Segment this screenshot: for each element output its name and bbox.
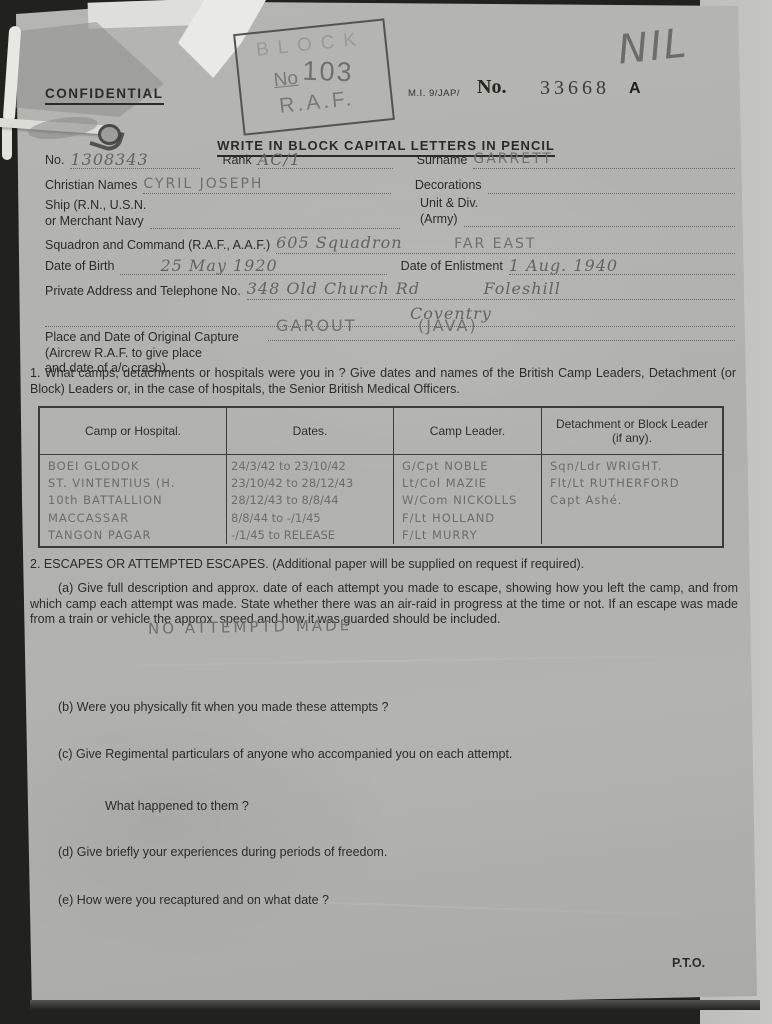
capture-label-line2: (Aircrew R.A.F. to give place	[45, 346, 265, 362]
surname-field-label: Surname	[417, 153, 468, 169]
surname-field-value: GARRETT	[473, 152, 735, 169]
camp-leader-column: G/Cpt NOBLE Lt/Col MAZIE W/Com NICKOLLS …	[394, 455, 542, 544]
ship-label-line1: Ship (R.N., U.S.N.	[45, 198, 400, 214]
camp-leader-entry: G/Cpt NOBLE	[402, 458, 537, 475]
decorations-value	[488, 193, 735, 194]
paper-bottom-shadow	[30, 1000, 760, 1010]
dates-entry: -/1/45 to RELEASE	[231, 527, 389, 544]
header-camp-leader: Camp Leader.	[394, 408, 542, 454]
date-of-enlistment-value: 1 Aug. 1940	[509, 258, 735, 275]
dates-entry: 23/10/42 to 28/12/43	[231, 475, 389, 492]
camps-column: BOEI GLODOK ST. VINTENTIUS (H. 10th BATT…	[40, 455, 227, 544]
camps-table-body: BOEI GLODOK ST. VINTENTIUS (H. 10th BATT…	[40, 455, 722, 544]
block-number-stamp: BLOCK No 103 R.A.F.	[233, 18, 395, 135]
question-2d: (d) Give briefly your experiences during…	[58, 845, 718, 861]
block-leader-column: Sqn/Ldr WRIGHT. Flt/Lt RUTHERFORD Capt A…	[542, 455, 722, 544]
date-of-birth-value: 25 May 1920	[120, 258, 386, 275]
capture-region-value: (JAVA)	[418, 316, 478, 335]
dates-entry: 24/3/42 to 23/10/42	[231, 458, 389, 475]
camp-leader-entry: F/Lt HOLLAND	[402, 510, 537, 527]
squadron-command-value: FAR EAST	[454, 236, 536, 252]
header-dates: Dates.	[227, 408, 394, 454]
question-2a-answer: NO ATTEMPTD MADE	[148, 616, 352, 638]
confidential-marking: CONFIDENTIAL	[45, 86, 164, 105]
camp-leader-entry: W/Com NICKOLLS	[402, 492, 537, 509]
date-of-enlistment-label: Date of Enlistment	[401, 259, 503, 275]
stamp-no-label: No	[273, 68, 299, 91]
unit-field: Unit & Div. (Army)	[420, 196, 735, 227]
camps-table-header: Camp or Hospital. Dates. Camp Leader. De…	[40, 408, 722, 455]
capture-label-line1: Place and Date of Original Capture	[45, 330, 265, 346]
christian-names-value: CYRIL JOSEPH	[143, 177, 390, 194]
question-2c-followup: What happened to them ?	[105, 799, 605, 815]
question-1: 1. What camps, detachments or hospitals …	[30, 366, 736, 397]
camps-table: Camp or Hospital. Dates. Camp Leader. De…	[38, 406, 724, 548]
question-2-heading: 2. ESCAPES OR ATTEMPTED ESCAPES. (Additi…	[30, 557, 736, 573]
dates-column: 24/3/42 to 23/10/42 23/10/42 to 28/12/43…	[227, 455, 394, 544]
file-no-label: No.	[477, 76, 506, 99]
decorations-label: Decorations	[415, 178, 482, 194]
file-letter: A	[629, 80, 641, 98]
camp-entry: BOEI GLODOK	[48, 458, 222, 475]
field-row-2: Christian Names CYRIL JOSEPH Decorations	[45, 177, 735, 194]
camp-leader-entry: F/Lt MURRY	[402, 527, 537, 544]
unit-label-line2: (Army)	[420, 212, 458, 228]
file-reference: M.I. 9/JAP/	[408, 88, 460, 99]
question-2c: (c) Give Regimental particulars of anyon…	[58, 747, 718, 763]
squadron-value-script: 605 Squadron	[276, 233, 403, 252]
camp-entry: TANGON PAGAR	[48, 527, 222, 544]
camp-entry: 10th BATTALLION	[48, 492, 222, 509]
rank-field-label: Rank	[222, 153, 251, 169]
address-street: 348 Old Church Rd	[247, 279, 420, 298]
field-row-1: No. 1308343 Rank AC/1 Surname GARRETT	[45, 152, 735, 169]
address-row: Private Address and Telephone No. 348 Ol…	[45, 281, 735, 300]
squadron-value: 605 Squadron FAR EAST	[276, 235, 735, 254]
block-leader-entry: Flt/Lt RUTHERFORD	[550, 475, 718, 492]
question-2e: (e) How were you recaptured and on what …	[58, 893, 718, 909]
address-label: Private Address and Telephone No.	[45, 284, 241, 300]
block-leader-entry: Capt Ashé.	[550, 492, 718, 509]
stamp-no-value: 103	[302, 56, 354, 89]
unit-value	[464, 226, 736, 227]
camp-entry: ST. VINTENTIUS (H.	[48, 475, 222, 492]
address-value-line1: 348 Old Church Rd Foleshill	[247, 281, 735, 300]
camp-leader-entry: Lt/Col MAZIE	[402, 475, 537, 492]
date-of-birth-label: Date of Birth	[45, 259, 114, 275]
question-2a: (a) Give full description and approx. da…	[30, 581, 738, 628]
block-leader-entry: Sqn/Ldr WRIGHT.	[550, 458, 718, 475]
ship-label-line2: or Merchant Navy	[45, 214, 144, 230]
dates-entry: 28/12/43 to 8/8/44	[231, 492, 389, 509]
pto-marking: P.T.O.	[672, 956, 705, 972]
header-camp-or-hospital: Camp or Hospital.	[40, 408, 227, 454]
dates-row: Date of Birth 25 May 1920 Date of Enlist…	[45, 258, 735, 275]
ship-field: Ship (R.N., U.S.N. or Merchant Navy	[45, 198, 400, 229]
no-field-value: 1308343	[70, 152, 200, 169]
header-block-leader: Detachment or Block Leader (if any).	[542, 408, 722, 454]
address-district: Foleshill	[484, 279, 561, 298]
christian-names-label: Christian Names	[45, 178, 137, 194]
dates-entry: 8/8/44 to -/1/45	[231, 510, 389, 527]
squadron-field: Squadron and Command (R.A.F., A.A.F.) 60…	[45, 235, 735, 254]
capture-place-value: GAROUT	[276, 316, 357, 335]
no-field-label: No.	[45, 153, 64, 169]
capture-value-line: GAROUT (JAVA)	[268, 316, 735, 341]
unit-label-line1: Unit & Div.	[420, 196, 735, 212]
squadron-label: Squadron and Command (R.A.F., A.A.F.)	[45, 238, 270, 254]
nil-annotation: NIL	[616, 20, 690, 73]
rank-field-value: AC/1	[258, 152, 393, 169]
file-number: 33668	[540, 77, 610, 100]
ship-value	[150, 228, 400, 229]
camp-entry: MACCASSAR	[48, 510, 222, 527]
question-2b: (b) Were you physically fit when you mad…	[58, 700, 718, 716]
